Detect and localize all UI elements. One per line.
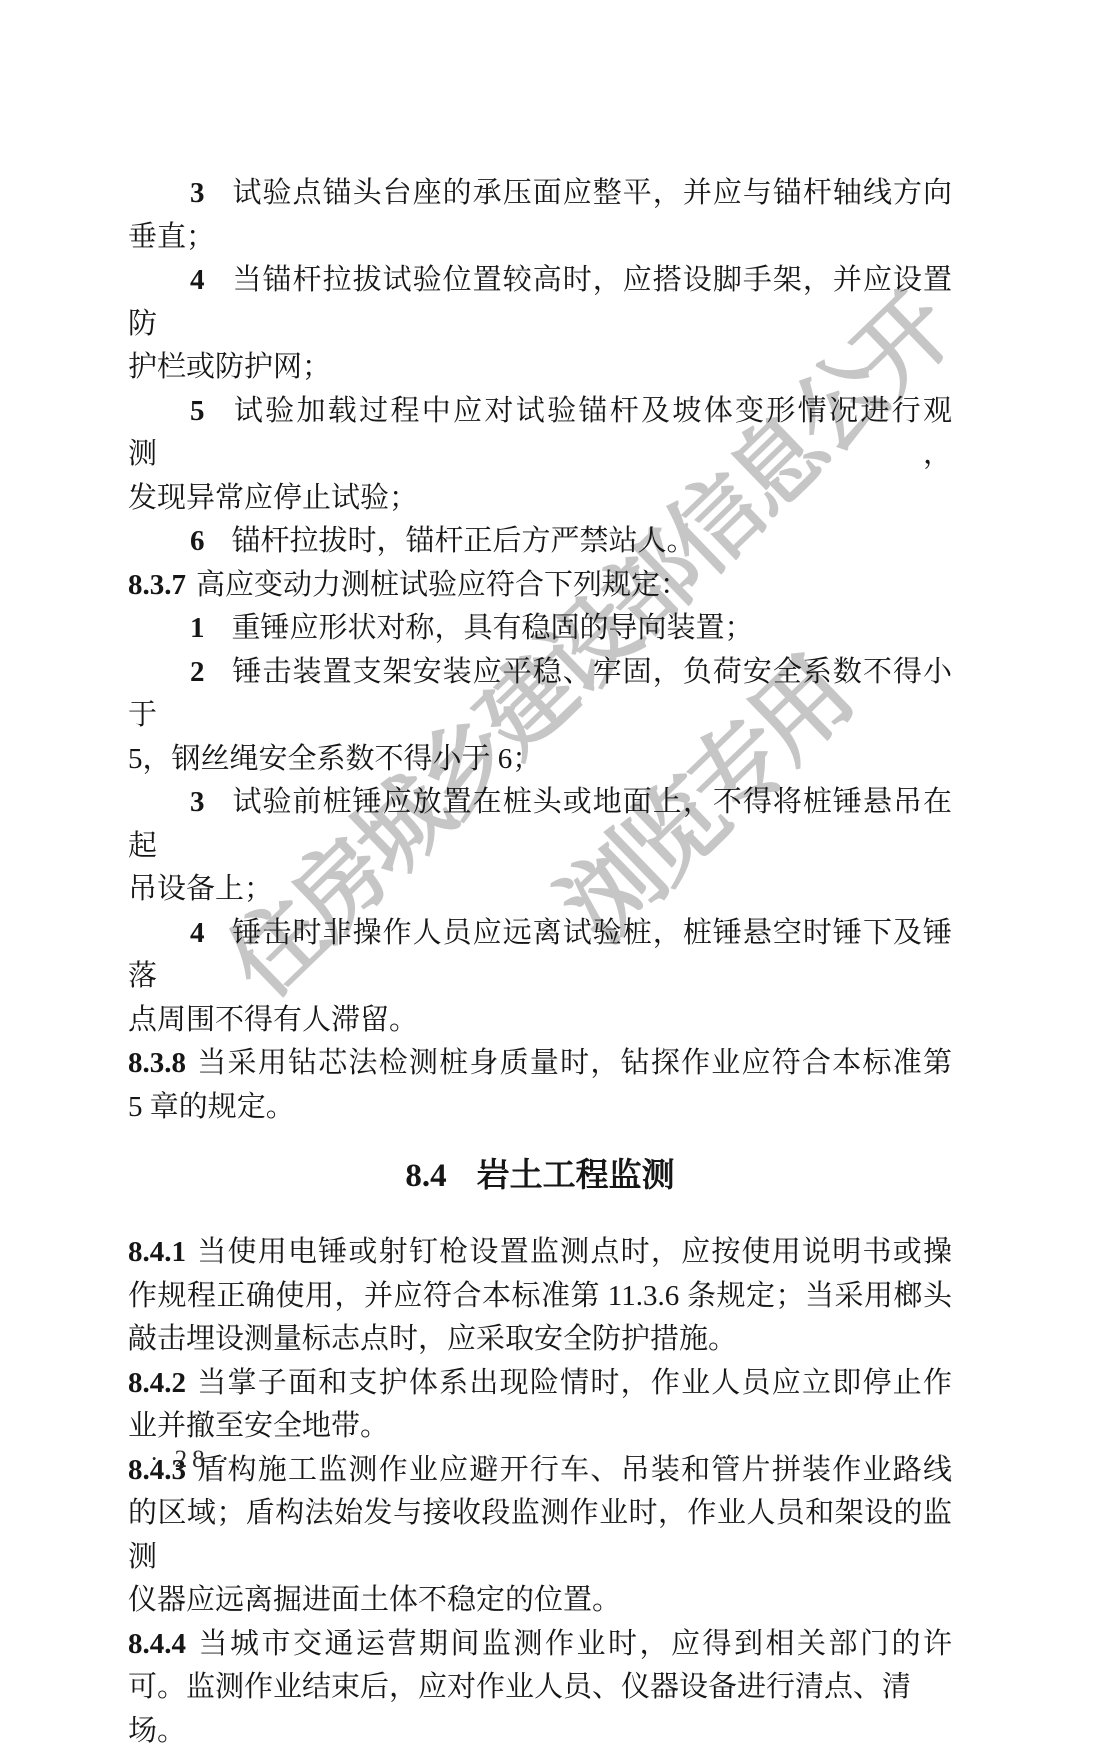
line-text: 试验加载过程中应对试验锚杆及坡体变形情况进行观测， (128, 395, 952, 471)
line-text: 锤击时非操作人员应远离试验桩，桩锤悬空时锤下及锤落 (128, 917, 952, 993)
text-line: 敲击埋设测量标志点时，应采取安全防护措施。 (128, 1318, 952, 1362)
text-line: 8.3.7高应变动力测桩试验应符合下列规定： (128, 564, 952, 608)
line-text: 试验点锚头台座的承压面应整平，并应与锚杆轴线方向 (232, 177, 953, 209)
item-number: 3 (190, 786, 205, 818)
text-line: 5试验加载过程中应对试验锚杆及坡体变形情况进行观测， (128, 390, 952, 477)
item-number: 2 (190, 656, 205, 688)
text-line: 8.4.1当使用电锤或射钉枪设置监测点时，应按使用说明书或操 (128, 1231, 952, 1275)
line-text: 当锚杆拉拔试验位置较高时，应搭设脚手架，并应设置防 (128, 264, 952, 340)
text-line: 垂直； (128, 216, 952, 260)
clause-number: 8.3.8 (128, 1047, 186, 1079)
text-line: 8.3.8当采用钻芯法检测桩身质量时，钻探作业应符合本标准第 (128, 1042, 952, 1086)
text-line: 3试验前桩锤应放置在桩头或地面上，不得将桩锤悬吊在起 (128, 781, 952, 868)
text-line: 作规程正确使用，并应符合本标准第 11.3.6 条规定；当采用榔头 (128, 1275, 952, 1319)
line-text: 当采用钻芯法检测桩身质量时，钻探作业应符合本标准第 (196, 1047, 952, 1079)
text-line: 8.4.3盾构施工监测作业应避开行车、吊装和管片拼装作业路线 (128, 1449, 952, 1493)
text-line: 4锤击时非操作人员应远离试验桩，桩锤悬空时锤下及锤落 (128, 912, 952, 999)
text-line: 5，钢丝绳安全系数不得小于 6； (128, 738, 952, 782)
line-text: 锚杆拉拔时，锚杆正后方严禁站人。 (232, 525, 696, 557)
text-line: 仪器应远离掘进面土体不稳定的位置。 (128, 1579, 952, 1598)
text-line: 业并撤至安全地带。 (128, 1405, 952, 1449)
text-line: 点周围不得有人滞留。 (128, 999, 952, 1043)
text-line: 2锤击装置支架安装应平稳、牢固，负荷安全系数不得小于 (128, 651, 952, 738)
item-number: 4 (190, 264, 205, 296)
line-text: 锤击装置支架安装应平稳、牢固，负荷安全系数不得小于 (128, 656, 952, 732)
line-text: 重锤应形状对称，具有稳固的导向装置； (232, 612, 754, 644)
clause-number: 8.3.7 (128, 569, 186, 601)
line-text: 盾构施工监测作业应避开行车、吊装和管片拼装作业路线 (196, 1454, 952, 1486)
item-number: 6 (190, 525, 205, 557)
text-line: 8.4.2当掌子面和支护体系出现险情时，作业人员应立即停止作 (128, 1362, 952, 1406)
section-number: 8.4 (405, 1158, 446, 1194)
text-line: 4当锚杆拉拔试验位置较高时，应搭设脚手架，并应设置防 (128, 259, 952, 346)
item-number: 5 (190, 395, 205, 427)
section-heading: 8.4岩土工程监测 (128, 1153, 952, 1198)
clause-number: 8.4.1 (128, 1236, 186, 1268)
clause-number: 8.4.2 (128, 1367, 186, 1399)
line-text: 高应变动力测桩试验应符合下列规定： (196, 569, 689, 601)
text-line: 5 章的规定。 (128, 1086, 952, 1130)
page-number: · 28 · (150, 1446, 234, 1474)
text-line: 吊设备上； (128, 868, 952, 912)
item-number: 4 (190, 917, 205, 949)
text-line: 6锚杆拉拔时，锚杆正后方严禁站人。 (128, 520, 952, 564)
text-line: 的区域；盾构法始发与接收段监测作业时，作业人员和架设的监测 (128, 1492, 952, 1579)
section-title: 岩土工程监测 (477, 1156, 675, 1193)
text-column: 3试验点锚头台座的承压面应整平，并应与锚杆轴线方向垂直；4当锚杆拉拔试验位置较高… (128, 172, 952, 1598)
text-line: 3试验点锚头台座的承压面应整平，并应与锚杆轴线方向 (128, 172, 952, 216)
item-number: 1 (190, 612, 205, 644)
text-line: 发现异常应停止试验； (128, 477, 952, 521)
text-line: 护栏或防护网； (128, 346, 952, 390)
line-text: 当使用电锤或射钉枪设置监测点时，应按使用说明书或操 (196, 1236, 952, 1268)
document-page: 住房城乡建设部信息公开 浏览专用 3试验点锚头台座的承压面应整平，并应与锚杆轴线… (0, 0, 1102, 1598)
item-number: 3 (190, 177, 205, 209)
line-text: 当掌子面和支护体系出现险情时，作业人员应立即停止作 (196, 1367, 952, 1399)
text-line: 1重锤应形状对称，具有稳固的导向装置； (128, 607, 952, 651)
line-text: 试验前桩锤应放置在桩头或地面上，不得将桩锤悬吊在起 (128, 786, 952, 862)
